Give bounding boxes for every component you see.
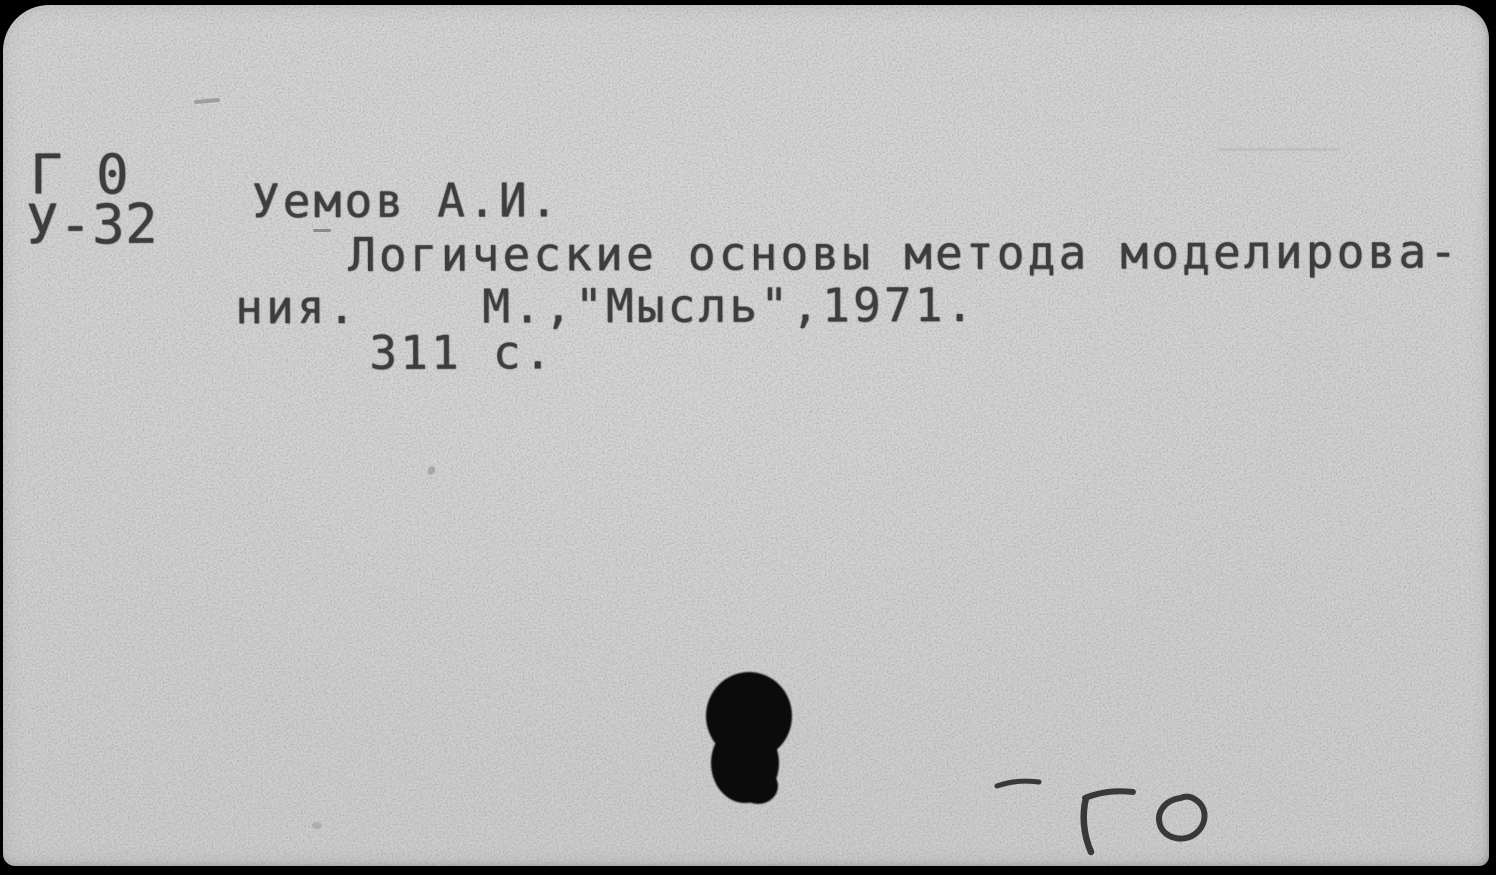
author-line: Уемов А.И.: [252, 177, 561, 224]
letter-g-stroke: [1085, 791, 1133, 798]
pagination-line: 311 с.: [369, 329, 555, 376]
catalog-card: Г 0 У-32 Уемов А.И. Логические основы ме…: [3, 5, 1489, 866]
title-line-1: Логические основы метода моделирова-: [348, 228, 1460, 277]
title-line-2: ния. М.,"Мысль",1971.: [235, 282, 977, 330]
pen-dash-stroke: [997, 781, 1039, 786]
handwritten-note: Г О: [985, 762, 1225, 866]
handwriting-strokes: [985, 762, 1225, 862]
letter-g-stem-stroke: [1084, 798, 1091, 852]
ink-blot: [700, 668, 810, 818]
letter-o-stroke: [1159, 797, 1204, 839]
scanner-background: Г 0 У-32 Уемов А.И. Логические основы ме…: [0, 0, 1496, 875]
